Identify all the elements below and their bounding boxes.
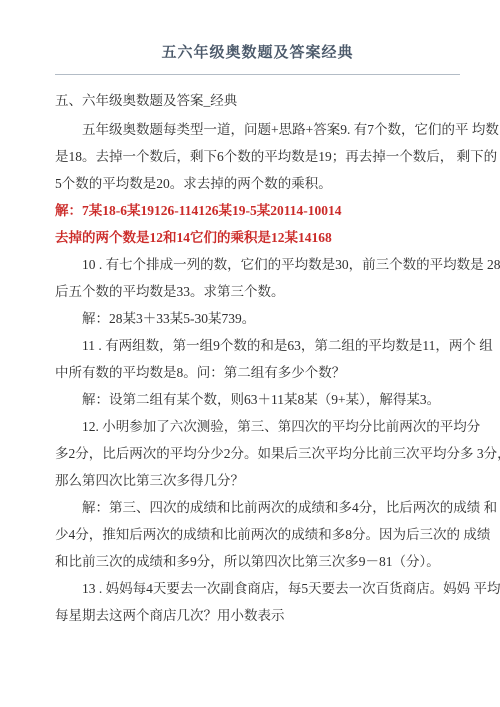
paragraph: 12. 小明参加了六次测验，第三、第四次的平均分比前两次的平均分 多2分，比后两… — [55, 413, 460, 494]
document-title: 五六年级奥数题及答案经典 — [55, 42, 460, 64]
paragraph: 解：第三、四次的成绩和比前两次的成绩和多4分，比后两次的成绩 和 少4分，推知后… — [55, 494, 460, 575]
document-content: 五六年级奥数题及答案经典 五、六年级奥数题及答案_经典 五年级奥数题每类型一道，… — [0, 0, 500, 629]
answer-line-red: 去掉的两个数是12和14它们的乘积是12某14168 — [55, 224, 460, 251]
document-page: 五六年级奥数题及答案经典 五、六年级奥数题及答案_经典 五年级奥数题每类型一道，… — [0, 0, 500, 707]
paragraph: 五年级奥数题每类型一道，问题+思路+答案9. 有7个数，它们的平 均数 是18。… — [55, 116, 460, 197]
title-divider — [55, 74, 460, 75]
answer-line-red: 解：7某18-6某19126-114126某19-5某20114-10014 — [55, 197, 460, 224]
paragraph: 11 . 有两组数，第一组9个数的和是63，第二组的平均数是11，两个 组 中所… — [55, 332, 460, 386]
paragraphs: 五年级奥数题每类型一道，问题+思路+答案9. 有7个数，它们的平 均数 是18。… — [55, 116, 460, 629]
paragraph: 解：设第二组有某个数，则63＋11某8某（9+某），解得某3。 — [55, 386, 460, 413]
paragraph: 13 . 妈妈每4天要去一次副食商店，每5天要去一次百货商店。妈妈 平均 每星期… — [55, 575, 460, 629]
paragraph: 10 . 有七个排成一列的数，它们的平均数是30，前三个数的平均数是 28， 后… — [55, 251, 460, 305]
paragraph: 解：28某3＋33某5-30某739。 — [55, 305, 460, 332]
section-heading: 五、六年级奥数题及答案_经典 — [55, 87, 460, 114]
